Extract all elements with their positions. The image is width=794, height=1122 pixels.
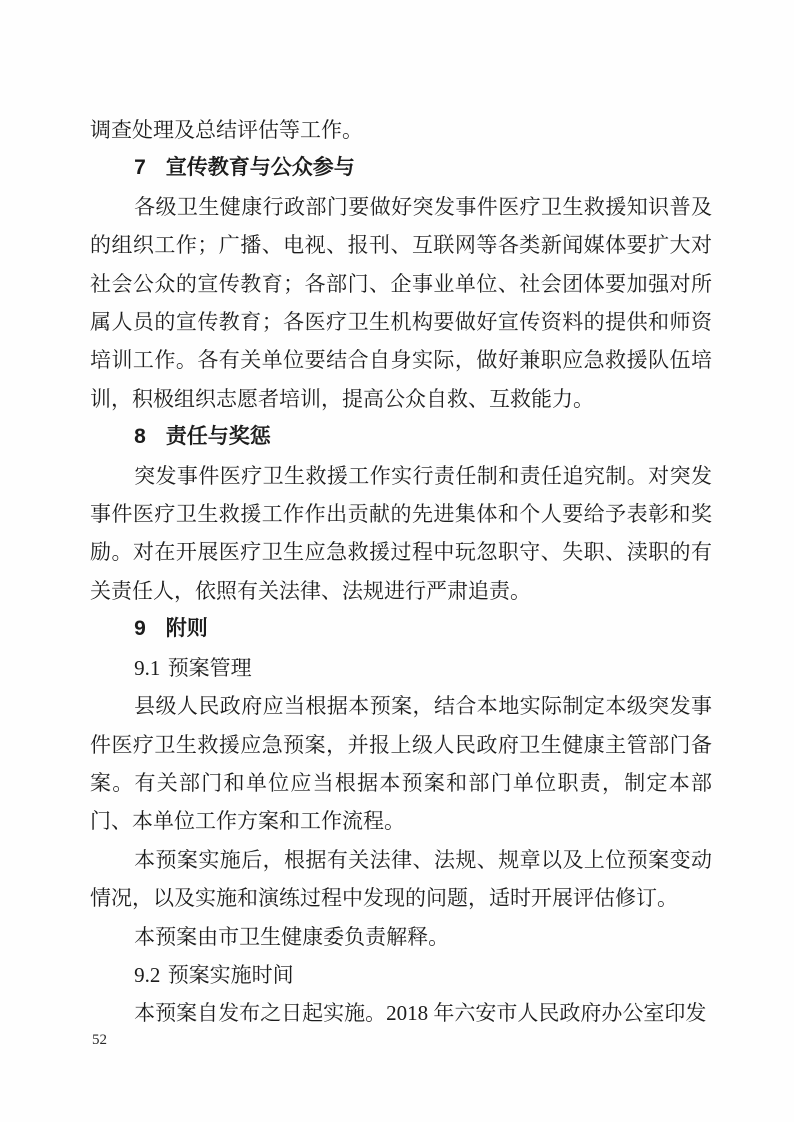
section-number: 9 [134,617,146,640]
subsection-number: 9.1 [134,656,160,680]
section-title: 责任与奖惩 [166,425,271,448]
section-heading: 9附则 [90,610,712,648]
subsection-number: 9.2 [134,963,160,987]
subsection-heading: 9.2预案实施时间 [90,956,712,994]
page-number: 52 [92,1032,107,1049]
paragraph: 本预案由市卫生健康委负责解释。 [90,918,712,956]
subsection-heading: 9.1预案管理 [90,649,712,687]
paragraph: 突发事件医疗卫生救援工作实行责任制和责任追究制。对突发事件医疗卫生救援工作作出贡… [90,457,712,611]
subsection-title: 预案实施时间 [168,963,294,987]
paragraph: 本预案自发布之日起实施。2018 年六安市人民政府办公室印发 [90,994,712,1032]
section-title: 宣传教育与公众参与 [166,156,355,179]
paragraph: 各级卫生健康行政部门要做好突发事件医疗卫生救援知识普及的组织工作；广播、电视、报… [90,188,712,418]
section-title: 附则 [166,617,208,640]
paragraph: 县级人民政府应当根据本预案，结合本地实际制定本级突发事件医疗卫生救援应急预案，并… [90,687,712,841]
section-heading: 7宣传教育与公众参与 [90,149,712,187]
document-content: 调查处理及总结评估等工作。7宣传教育与公众参与各级卫生健康行政部门要做好突发事件… [90,111,712,1033]
paragraph: 本预案实施后，根据有关法律、法规、规章以及上位预案变动情况，以及实施和演练过程中… [90,841,712,918]
paragraph-continuation: 调查处理及总结评估等工作。 [90,111,712,149]
section-number: 7 [134,156,146,179]
section-number: 8 [134,425,146,448]
section-heading: 8责任与奖惩 [90,418,712,456]
subsection-title: 预案管理 [168,656,252,680]
document-page: 调查处理及总结评估等工作。7宣传教育与公众参与各级卫生健康行政部门要做好突发事件… [0,0,794,1122]
